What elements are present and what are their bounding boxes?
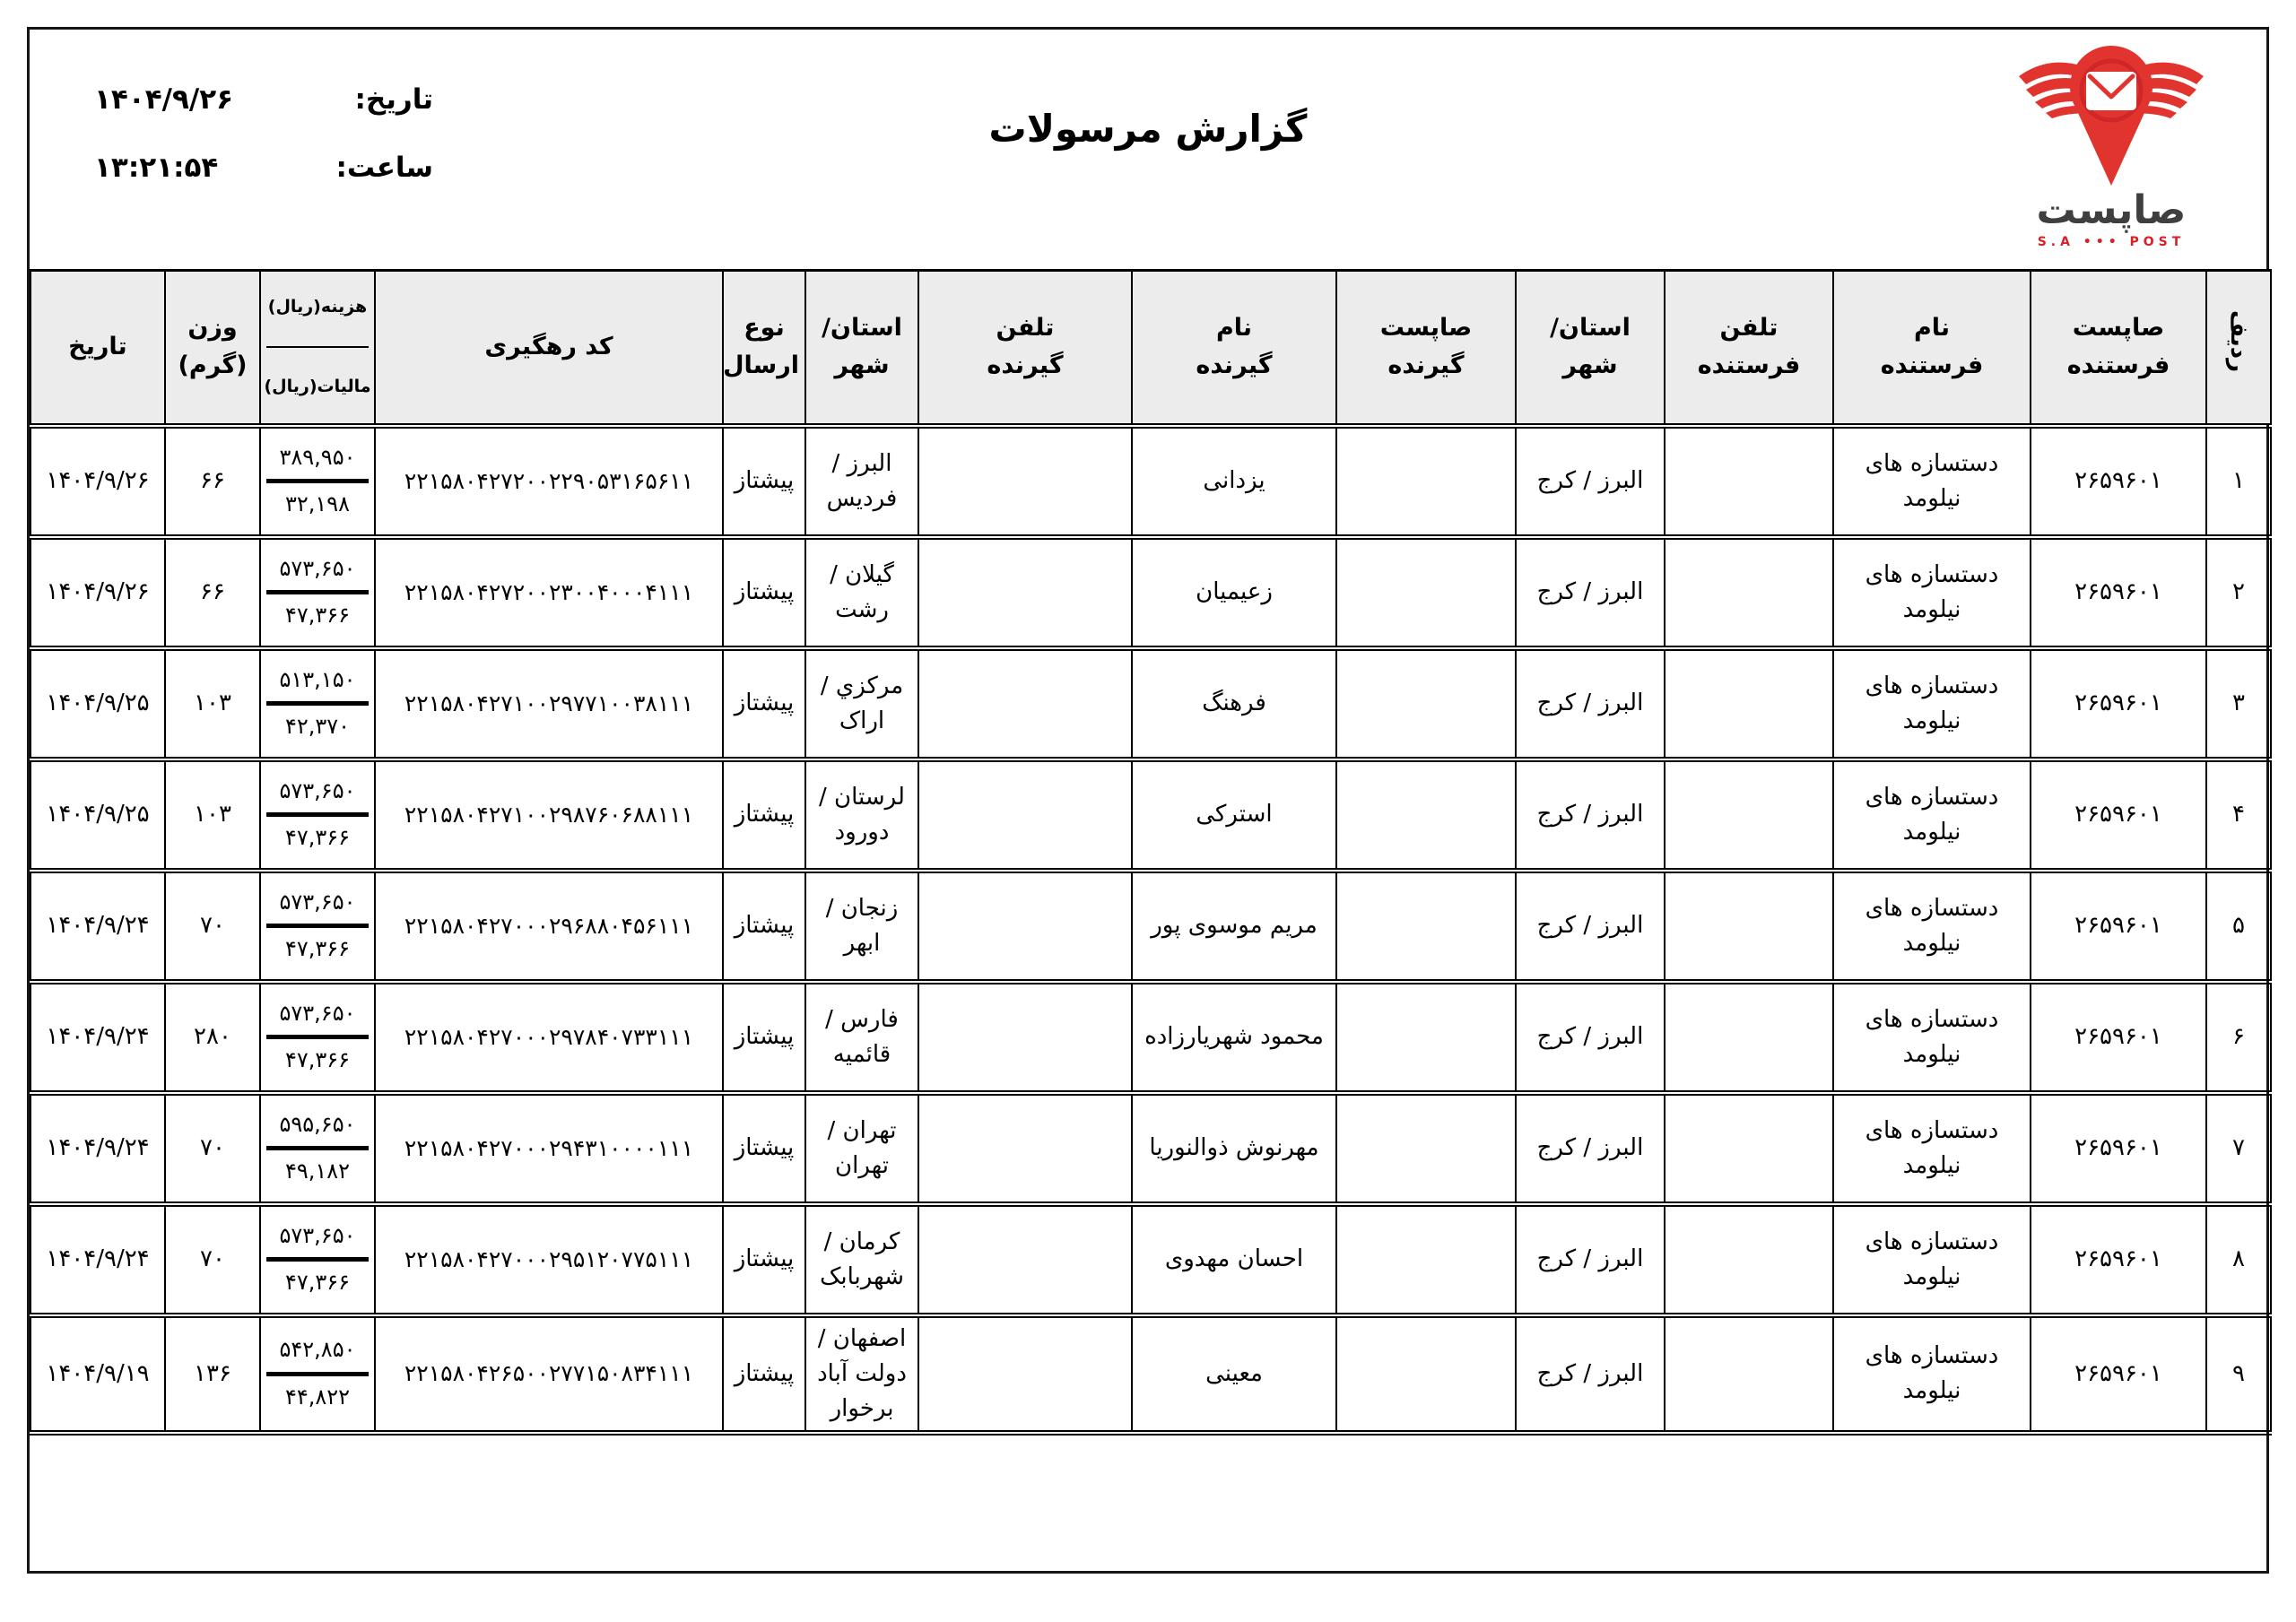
col-receiver-city-header: استان/ شهر	[805, 271, 918, 426]
table-header-row: ردیف صاپست فرستنده نام فرستنده تلفن فرست…	[30, 271, 2271, 426]
cell-cost: ۳۸۹,۹۵۰۳۲,۱۹۸	[260, 426, 375, 537]
cost-divider	[266, 1146, 369, 1150]
col-tracking-header: کد رهگیری	[375, 271, 723, 426]
cell-send-type: پیشتاز	[723, 982, 805, 1093]
cost-value: ۵۷۳,۶۵۰	[265, 1000, 370, 1028]
cell-sender-city: البرز / کرج	[1516, 871, 1665, 982]
cost-divider	[266, 1372, 369, 1376]
cost-value: ۵۷۳,۶۵۰	[265, 777, 370, 805]
cell-receiver-phone	[918, 759, 1132, 871]
cost-header-divider	[266, 346, 369, 348]
cell-sender-sapost: ۲۶۵۹۶۰۱	[2031, 426, 2206, 537]
cell-sender-phone	[1665, 648, 1833, 759]
cell-sender-phone	[1665, 1204, 1833, 1315]
report-page: { "title": "گزارش مرسولات", "logo": { "b…	[0, 0, 2296, 1622]
cell-cost: ۵۴۲,۸۵۰۴۴,۸۲۲	[260, 1315, 375, 1433]
cell-cost: ۵۱۳,۱۵۰۴۲,۳۷۰	[260, 648, 375, 759]
col-sender-name-header: نام فرستنده	[1833, 271, 2031, 426]
cell-weight: ۱۳۶	[165, 1315, 260, 1433]
cell-sender-sapost: ۲۶۵۹۶۰۱	[2031, 759, 2206, 871]
cell-sender-city: البرز / کرج	[1516, 1204, 1665, 1315]
cell-receiver-city: زنجان / ابهر	[805, 871, 918, 982]
cell-send-type: پیشتاز	[723, 871, 805, 982]
table-body: ۱۲۶۵۹۶۰۱دستسازه های نیلومدالبرز / کرجیزد…	[30, 426, 2271, 1433]
brand-name-fa: صاپست	[1994, 187, 2229, 233]
tax-value: ۴۹,۱۸۲	[265, 1158, 370, 1185]
cell-sender-sapost: ۲۶۵۹۶۰۱	[2031, 1204, 2206, 1315]
cell-sender-phone	[1665, 982, 1833, 1093]
table-row: ۲۲۶۵۹۶۰۱دستسازه های نیلومدالبرز / کرجزعی…	[30, 537, 2271, 648]
cell-cost: ۵۷۳,۶۵۰۴۷,۳۶۶	[260, 871, 375, 982]
report-date-row: تاریخ: ۱۴۰۴/۹/۲۶	[94, 83, 433, 116]
cell-sender-city: البرز / کرج	[1516, 1093, 1665, 1204]
cell-send-type: پیشتاز	[723, 426, 805, 537]
cell-receiver-phone	[918, 1093, 1132, 1204]
cell-sender-name: دستسازه های نیلومد	[1833, 1093, 2031, 1204]
cell-weight: ۶۶	[165, 426, 260, 537]
cell-sender-phone	[1665, 1093, 1833, 1204]
cell-weight: ۲۸۰	[165, 982, 260, 1093]
cell-receiver-city: اصفهان / دولت آباد برخوار	[805, 1315, 918, 1433]
cell-tracking: ۲۲۱۵۸۰۴۲۷۱۰۰۲۹۷۷۱۰۰۳۸۱۱۱	[375, 648, 723, 759]
cost-value: ۵۷۳,۶۵۰	[265, 1222, 370, 1250]
tax-value: ۴۷,۳۶۶	[265, 935, 370, 963]
cell-receiver-city: تهران / تهران	[805, 1093, 918, 1204]
cell-sender-phone	[1665, 426, 1833, 537]
cell-row: ۷	[2206, 1093, 2271, 1204]
cell-sender-name: دستسازه های نیلومد	[1833, 426, 2031, 537]
cell-tracking: ۲۲۱۵۸۰۴۲۷۲۰۰۲۲۹۰۵۳۱۶۵۶۱۱	[375, 426, 723, 537]
cell-receiver-name: احسان مهدوی	[1132, 1204, 1336, 1315]
cost-divider	[266, 479, 369, 483]
col-date-header: تاریخ	[30, 271, 165, 426]
cell-receiver-sapost	[1336, 648, 1516, 759]
cell-receiver-city: گیلان / رشت	[805, 537, 918, 648]
cell-receiver-name: مهرنوش ذوالنوریا	[1132, 1093, 1336, 1204]
cell-send-type: پیشتاز	[723, 1315, 805, 1433]
shipments-table: ردیف صاپست فرستنده نام فرستنده تلفن فرست…	[30, 269, 2272, 1436]
report-time-row: ساعت: ۱۳:۲۱:۵۴	[94, 152, 433, 184]
cell-sender-name: دستسازه های نیلومد	[1833, 982, 2031, 1093]
cell-sender-name: دستسازه های نیلومد	[1833, 1204, 2031, 1315]
col-weight-header: وزن (گرم)	[165, 271, 260, 426]
cell-receiver-phone	[918, 1315, 1132, 1433]
cell-sender-city: البرز / کرج	[1516, 759, 1665, 871]
cost-value: ۵۷۳,۶۵۰	[265, 889, 370, 916]
cell-row: ۳	[2206, 648, 2271, 759]
cell-sender-city: البرز / کرج	[1516, 1315, 1665, 1433]
cost-divider	[266, 812, 369, 817]
table-header: ردیف صاپست فرستنده نام فرستنده تلفن فرست…	[30, 271, 2271, 426]
cell-cost: ۵۷۳,۶۵۰۴۷,۳۶۶	[260, 982, 375, 1093]
table-row: ۴۲۶۵۹۶۰۱دستسازه های نیلومدالبرز / کرجاست…	[30, 759, 2271, 871]
cell-receiver-name: مریم موسوی پور	[1132, 871, 1336, 982]
cell-sender-city: البرز / کرج	[1516, 537, 1665, 648]
cell-receiver-name: محمود شهریارزاده	[1132, 982, 1336, 1093]
cost-value: ۵۱۳,۱۵۰	[265, 666, 370, 694]
cell-cost: ۵۷۳,۶۵۰۴۷,۳۶۶	[260, 759, 375, 871]
cell-receiver-city: فارس / قائمیه	[805, 982, 918, 1093]
cell-weight: ۷۰	[165, 1093, 260, 1204]
cell-date: ۱۴۰۴/۹/۲۵	[30, 648, 165, 759]
cell-receiver-phone	[918, 1204, 1132, 1315]
table-row: ۶۲۶۵۹۶۰۱دستسازه های نیلومدالبرز / کرجمحم…	[30, 982, 2271, 1093]
col-receiver-phone-header: تلفن گیرنده	[918, 271, 1132, 426]
time-value: ۱۳:۲۱:۵۴	[94, 152, 218, 184]
cell-weight: ۷۰	[165, 1204, 260, 1315]
cell-receiver-sapost	[1336, 1204, 1516, 1315]
cell-sender-sapost: ۲۶۵۹۶۰۱	[2031, 982, 2206, 1093]
time-label: ساعت:	[335, 152, 433, 184]
cell-receiver-city: کرمان / شهربابک	[805, 1204, 918, 1315]
cell-receiver-name: فرهنگ	[1132, 648, 1336, 759]
cell-receiver-phone	[918, 648, 1132, 759]
table-row: ۷۲۶۵۹۶۰۱دستسازه های نیلومدالبرز / کرجمهر…	[30, 1093, 2271, 1204]
cell-row: ۸	[2206, 1204, 2271, 1315]
cell-sender-city: البرز / کرج	[1516, 648, 1665, 759]
cell-date: ۱۴۰۴/۹/۲۴	[30, 982, 165, 1093]
cell-weight: ۷۰	[165, 871, 260, 982]
cell-row: ۴	[2206, 759, 2271, 871]
cell-cost: ۵۷۳,۶۵۰۴۷,۳۶۶	[260, 1204, 375, 1315]
report-header: صاپست S.A ••• POST گزارش مرسولات تاریخ: …	[30, 30, 2266, 269]
col-cost-header: هزینه(ریال) مالیات(ریال)	[260, 271, 375, 426]
cell-weight: ۱۰۳	[165, 759, 260, 871]
col-sender-sapost-header: صاپست فرستنده	[2031, 271, 2206, 426]
page-title: گزارش مرسولات	[989, 107, 1308, 151]
cost-value: ۵۹۵,۶۵۰	[265, 1111, 370, 1139]
cell-sender-sapost: ۲۶۵۹۶۰۱	[2031, 648, 2206, 759]
cell-receiver-city: لرستان / دورود	[805, 759, 918, 871]
tax-value: ۳۲,۱۹۸	[265, 490, 370, 518]
cell-sender-name: دستسازه های نیلومد	[1833, 1315, 2031, 1433]
cell-receiver-sapost	[1336, 1093, 1516, 1204]
cell-receiver-city: البرز / فردیس	[805, 426, 918, 537]
cost-divider	[266, 590, 369, 594]
cell-sender-phone	[1665, 537, 1833, 648]
cell-receiver-name: یزدانی	[1132, 426, 1336, 537]
cell-tracking: ۲۲۱۵۸۰۴۲۷۰۰۰۲۹۷۸۴۰۷۳۳۱۱۱	[375, 982, 723, 1093]
tax-value: ۴۴,۸۲۲	[265, 1383, 370, 1411]
tax-header-label: مالیات(ریال)	[263, 377, 372, 398]
cell-send-type: پیشتاز	[723, 1204, 805, 1315]
cell-send-type: پیشتاز	[723, 1093, 805, 1204]
brand-name-en: S.A ••• POST	[1994, 235, 2229, 249]
cell-sender-name: دستسازه های نیلومد	[1833, 537, 2031, 648]
cell-date: ۱۴۰۴/۹/۲۵	[30, 759, 165, 871]
cell-tracking: ۲۲۱۵۸۰۴۲۶۵۰۰۲۷۷۱۵۰۸۳۴۱۱۱	[375, 1315, 723, 1433]
cell-sender-phone	[1665, 759, 1833, 871]
cell-row: ۵	[2206, 871, 2271, 982]
cost-divider	[266, 701, 369, 706]
cell-tracking: ۲۲۱۵۸۰۴۲۷۰۰۰۲۹۶۸۸۰۴۵۶۱۱۱	[375, 871, 723, 982]
cell-send-type: پیشتاز	[723, 759, 805, 871]
cell-sender-phone	[1665, 871, 1833, 982]
report-meta: تاریخ: ۱۴۰۴/۹/۲۶ ساعت: ۱۳:۲۱:۵۴	[94, 83, 433, 220]
tax-value: ۴۷,۳۶۶	[265, 824, 370, 852]
cell-row: ۶	[2206, 982, 2271, 1093]
tax-value: ۴۷,۳۶۶	[265, 602, 370, 629]
tax-value: ۴۲,۳۷۰	[265, 713, 370, 741]
cell-tracking: ۲۲۱۵۸۰۴۲۷۲۰۰۲۳۰۰۴۰۰۰۴۱۱۱	[375, 537, 723, 648]
cell-receiver-sapost	[1336, 982, 1516, 1093]
table-row: ۹۲۶۵۹۶۰۱دستسازه های نیلومدالبرز / کرجمعی…	[30, 1315, 2271, 1433]
cell-row: ۱	[2206, 426, 2271, 537]
cell-receiver-sapost	[1336, 537, 1516, 648]
cell-receiver-sapost	[1336, 426, 1516, 537]
cost-value: ۳۸۹,۹۵۰	[265, 444, 370, 472]
report-frame: صاپست S.A ••• POST گزارش مرسولات تاریخ: …	[27, 27, 2269, 1574]
cell-sender-city: البرز / کرج	[1516, 426, 1665, 537]
cell-receiver-phone	[918, 537, 1132, 648]
brand-logo: صاپست S.A ••• POST	[1994, 42, 2229, 249]
cell-receiver-name: زعیمیان	[1132, 537, 1336, 648]
cell-receiver-phone	[918, 982, 1132, 1093]
cell-cost: ۵۹۵,۶۵۰۴۹,۱۸۲	[260, 1093, 375, 1204]
table-row: ۱۲۶۵۹۶۰۱دستسازه های نیلومدالبرز / کرجیزد…	[30, 426, 2271, 537]
col-row-header: ردیف	[2206, 271, 2271, 426]
cell-receiver-sapost	[1336, 1315, 1516, 1433]
col-row-label: ردیف	[2221, 310, 2257, 372]
cell-sender-sapost: ۲۶۵۹۶۰۱	[2031, 537, 2206, 648]
cell-sender-phone	[1665, 1315, 1833, 1433]
cell-sender-name: دستسازه های نیلومد	[1833, 871, 2031, 982]
cell-row: ۹	[2206, 1315, 2271, 1433]
cell-date: ۱۴۰۴/۹/۲۴	[30, 1093, 165, 1204]
cell-weight: ۱۰۳	[165, 648, 260, 759]
cell-tracking: ۲۲۱۵۸۰۴۲۷۰۰۰۲۹۵۱۲۰۷۷۵۱۱۱	[375, 1204, 723, 1315]
col-sender-city-header: استان/ شهر	[1516, 271, 1665, 426]
cell-tracking: ۲۲۱۵۸۰۴۲۷۰۰۰۲۹۴۳۱۰۰۰۰۱۱۱	[375, 1093, 723, 1204]
cell-sender-name: دستسازه های نیلومد	[1833, 759, 2031, 871]
cell-send-type: پیشتاز	[723, 648, 805, 759]
cell-date: ۱۴۰۴/۹/۲۶	[30, 426, 165, 537]
sapost-pin-logo-icon	[2008, 42, 2214, 196]
date-value: ۱۴۰۴/۹/۲۶	[94, 83, 233, 116]
cell-date: ۱۴۰۴/۹/۱۹	[30, 1315, 165, 1433]
cell-send-type: پیشتاز	[723, 537, 805, 648]
cell-receiver-phone	[918, 426, 1132, 537]
table-row: ۸۲۶۵۹۶۰۱دستسازه های نیلومدالبرز / کرجاحس…	[30, 1204, 2271, 1315]
tax-value: ۴۷,۳۶۶	[265, 1046, 370, 1074]
col-send-type-header: نوع ارسال	[723, 271, 805, 426]
cell-sender-sapost: ۲۶۵۹۶۰۱	[2031, 871, 2206, 982]
cell-receiver-name: استرکی	[1132, 759, 1336, 871]
cost-divider	[266, 1035, 369, 1039]
cost-header-label: هزینه(ریال)	[263, 297, 372, 318]
cell-sender-city: البرز / کرج	[1516, 982, 1665, 1093]
cell-receiver-name: معینی	[1132, 1315, 1336, 1433]
cell-sender-name: دستسازه های نیلومد	[1833, 648, 2031, 759]
cell-date: ۱۴۰۴/۹/۲۴	[30, 871, 165, 982]
cell-weight: ۶۶	[165, 537, 260, 648]
cell-sender-sapost: ۲۶۵۹۶۰۱	[2031, 1093, 2206, 1204]
col-receiver-name-header: نام گیرنده	[1132, 271, 1336, 426]
cost-divider	[266, 1257, 369, 1262]
date-label: تاریخ:	[354, 83, 433, 116]
cell-date: ۱۴۰۴/۹/۲۶	[30, 537, 165, 648]
cell-date: ۱۴۰۴/۹/۲۴	[30, 1204, 165, 1315]
cell-receiver-phone	[918, 871, 1132, 982]
table-row: ۵۲۶۵۹۶۰۱دستسازه های نیلومدالبرز / کرجمری…	[30, 871, 2271, 982]
cell-row: ۲	[2206, 537, 2271, 648]
cost-value: ۵۷۳,۶۵۰	[265, 555, 370, 583]
col-receiver-sapost-header: صاپست گیرنده	[1336, 271, 1516, 426]
tax-value: ۴۷,۳۶۶	[265, 1269, 370, 1297]
cell-cost: ۵۷۳,۶۵۰۴۷,۳۶۶	[260, 537, 375, 648]
table-row: ۳۲۶۵۹۶۰۱دستسازه های نیلومدالبرز / کرجفره…	[30, 648, 2271, 759]
cell-tracking: ۲۲۱۵۸۰۴۲۷۱۰۰۲۹۸۷۶۰۶۸۸۱۱۱	[375, 759, 723, 871]
cost-value: ۵۴۲,۸۵۰	[265, 1336, 370, 1364]
cell-receiver-sapost	[1336, 871, 1516, 982]
cell-receiver-sapost	[1336, 759, 1516, 871]
cost-divider	[266, 924, 369, 928]
cell-sender-sapost: ۲۶۵۹۶۰۱	[2031, 1315, 2206, 1433]
col-sender-phone-header: تلفن فرستنده	[1665, 271, 1833, 426]
cell-receiver-city: مرکزي / اراک	[805, 648, 918, 759]
